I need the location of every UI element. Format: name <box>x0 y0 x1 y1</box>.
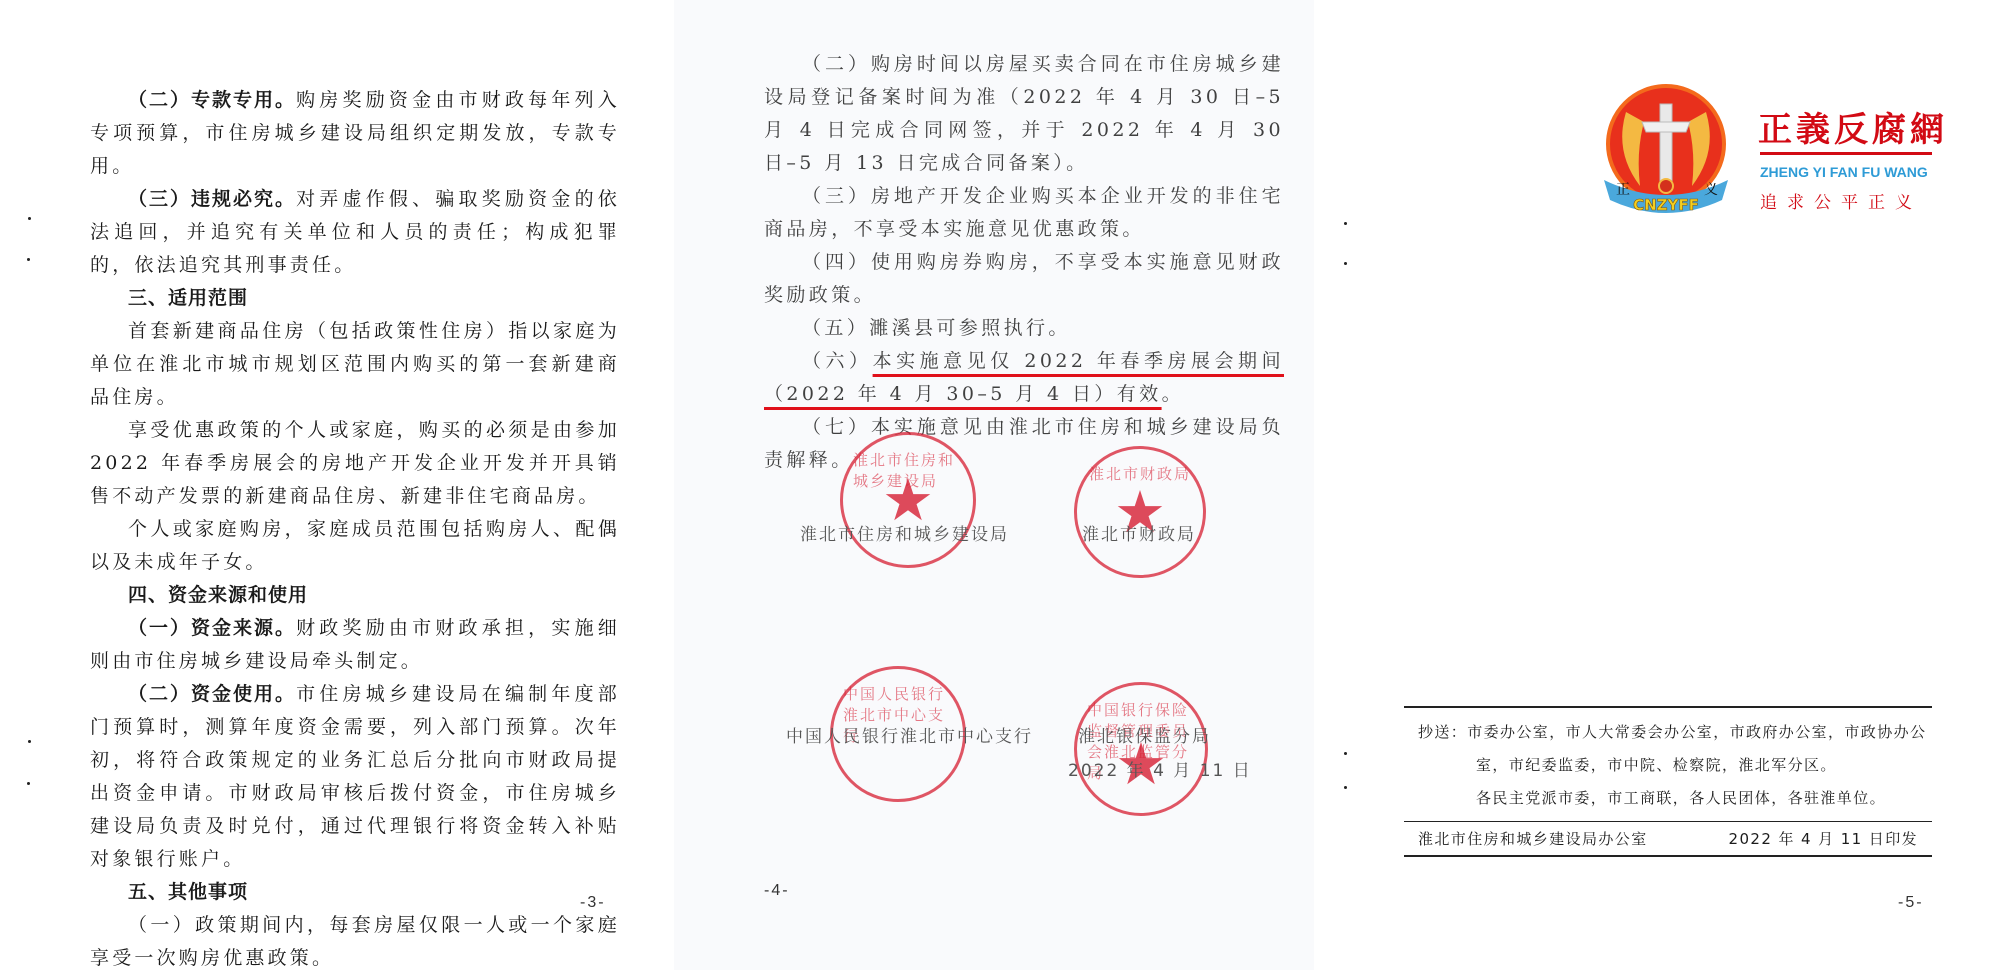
scan-speck <box>1344 752 1347 755</box>
section-heading: 三、适用范围 <box>90 282 620 315</box>
paragraph-text: 市住房城乡建设局在编制年度部门预算时，测算年度资金需要，列入部门预算。次年初，将… <box>90 683 620 870</box>
paragraph-text: （六） <box>802 350 873 372</box>
watermark-logo: CNZYFF 正 义 正義反腐網 ZHENG YI FAN FU WANG 追求… <box>1588 82 2000 232</box>
page-number: -4- <box>764 882 790 900</box>
paragraph: （四）使用购房券购房，不享受本实施意见财政奖励政策。 <box>764 246 1284 312</box>
paragraph: （三）违规必究。对弄虚作假、骗取奖励资金的依法追回，并追究有关单位和人员的责任；… <box>90 183 620 282</box>
issue-date: 2022 年 4 月 11 日印发 <box>1729 828 1918 849</box>
paragraph: 个人或家庭购房，家庭成员范围包括购房人、配偶以及未成年子女。 <box>90 513 620 579</box>
page-number: -3- <box>580 894 606 912</box>
cc-line-3: 各民主党派市委，市工商联，各人民团体，各驻淮单位。 <box>1418 782 1932 815</box>
cnzyff-emblem-icon: CNZYFF 正 义 <box>1596 82 1736 222</box>
svg-text:义: 义 <box>1704 182 1718 198</box>
section-heading: 五、其他事项 <box>90 876 620 909</box>
paragraph: 享受优惠政策的个人或家庭，购买的必须是由参加 2022 年春季房展会的房地产开发… <box>90 414 620 513</box>
logo-divider <box>1760 152 1932 155</box>
signer-housing-bureau: 淮北市住房和城乡建设局 <box>800 520 1009 545</box>
official-seal-finance-bureau: 淮北市财政局 ★ <box>1074 446 1206 578</box>
cc-label: 抄送： <box>1418 723 1467 741</box>
issuing-office: 淮北市住房和城乡建设局办公室 <box>1418 828 1648 849</box>
scan-speck <box>1344 786 1347 789</box>
paragraph: （五）濉溪县可参照执行。 <box>764 312 1284 345</box>
cc-line-1: 市委办公室，市人大常委会办公室，市政府办公室，市政协办公 <box>1467 723 1926 741</box>
page-4-body: （二）购房时间以房屋买卖合同在市住房城乡建设局登记备案时间为准（2022 年 4… <box>764 48 1284 477</box>
paragraph-lead: （二）专款专用。 <box>128 89 296 111</box>
document-page-3: （二）专款专用。购房奖励资金由市财政每年列入专项预算，市住房城乡建设局组织定期发… <box>0 0 674 970</box>
scan-speck <box>1344 262 1347 265</box>
paragraph-lead: （三）违规必究。 <box>128 188 296 210</box>
paragraph-text: 。 <box>1162 383 1184 405</box>
scan-speck <box>1344 222 1347 225</box>
paragraph: （二）专款专用。购房奖励资金由市财政每年列入专项预算，市住房城乡建设局组织定期发… <box>90 84 620 183</box>
paragraph: （二）资金使用。市住房城乡建设局在编制年度部门预算时，测算年度资金需要，列入部门… <box>90 678 620 876</box>
page-3-body: （二）专款专用。购房奖励资金由市财政每年列入专项预算，市住房城乡建设局组织定期发… <box>90 84 620 970</box>
svg-text:正: 正 <box>1616 182 1630 198</box>
page-number: -5- <box>1898 894 1924 912</box>
paragraph-text: 享受优惠政策的个人或家庭，购买的必须是由参加 2022 年春季房展会的房地产开发… <box>90 419 620 507</box>
paragraph: （三）房地产开发企业购买本企业开发的非住宅商品房，不享受本实施意见优惠政策。 <box>764 180 1284 246</box>
scan-speck <box>27 258 30 261</box>
scan-speck <box>28 217 31 220</box>
distribution-list: 抄送：市委办公室，市人大常委会办公室，市政府办公室，市政协办公 室，市纪委监委，… <box>1404 706 1932 857</box>
paragraph-text: 个人或家庭购房，家庭成员范围包括购房人、配偶以及未成年子女。 <box>90 518 620 573</box>
paragraph: 首套新建商品住房（包括政策性住房）指以家庭为单位在淮北市城市规划区范围内购买的第… <box>90 315 620 414</box>
scan-speck <box>28 740 31 743</box>
signer-finance-bureau: 淮北市财政局 <box>1082 520 1196 545</box>
paragraph-lead: （一）资金来源。 <box>128 617 296 639</box>
official-seal-cbirc-branch: 中国银行保险监督管理委员会淮北监管分局 ★ <box>1074 682 1208 816</box>
document-page-4: （二）购房时间以房屋买卖合同在市住房城乡建设局登记备案时间为准（2022 年 4… <box>674 0 1314 970</box>
paragraph-lead: （二）资金使用。 <box>128 683 296 705</box>
svg-text:CNZYFF: CNZYFF <box>1633 196 1699 214</box>
paragraph: （七）本实施意见由淮北市住房和城乡建设局负责解释。 <box>764 411 1284 477</box>
cc-line-2: 室，市纪委监委，市中院、检察院，淮北军分区。 <box>1418 749 1932 782</box>
paragraph-text: 首套新建商品住房（包括政策性住房）指以家庭为单位在淮北市城市规划区范围内购买的第… <box>90 320 620 408</box>
signer-pboc-branch: 中国人民银行淮北市中心支行 <box>786 722 1033 747</box>
paragraph: （一）资金来源。财政奖励由市财政承担，实施细则由市住房城乡建设局牵头制定。 <box>90 612 620 678</box>
divider <box>1404 855 1932 857</box>
document-date: 2022 年 4 月 11 日 <box>1068 756 1252 781</box>
paragraph: （一）政策期间内，每套房屋仅限一人或一个家庭享受一次购房优惠政策。 <box>90 909 620 970</box>
official-seal-housing-bureau: 淮北市住房和城乡建设局 ★ <box>840 432 976 568</box>
paragraph-text: （一）政策期间内，每套房屋仅限一人或一个家庭享受一次购房优惠政策。 <box>90 914 620 969</box>
logo-slogan: 追求公平正义 <box>1760 188 1922 213</box>
paragraph: （二）购房时间以房屋买卖合同在市住房城乡建设局登记备案时间为准（2022 年 4… <box>764 48 1284 180</box>
section-heading: 四、资金来源和使用 <box>90 579 620 612</box>
signer-cbirc-branch: 淮北银保监分局 <box>1078 722 1211 747</box>
scan-speck <box>27 782 30 785</box>
logo-pinyin: ZHENG YI FAN FU WANG <box>1760 164 1928 180</box>
paragraph: （六）本实施意见仅 2022 年春季房展会期间（2022 年 4 月 30–5 … <box>764 345 1284 411</box>
logo-title: 正義反腐網 <box>1758 102 1948 151</box>
